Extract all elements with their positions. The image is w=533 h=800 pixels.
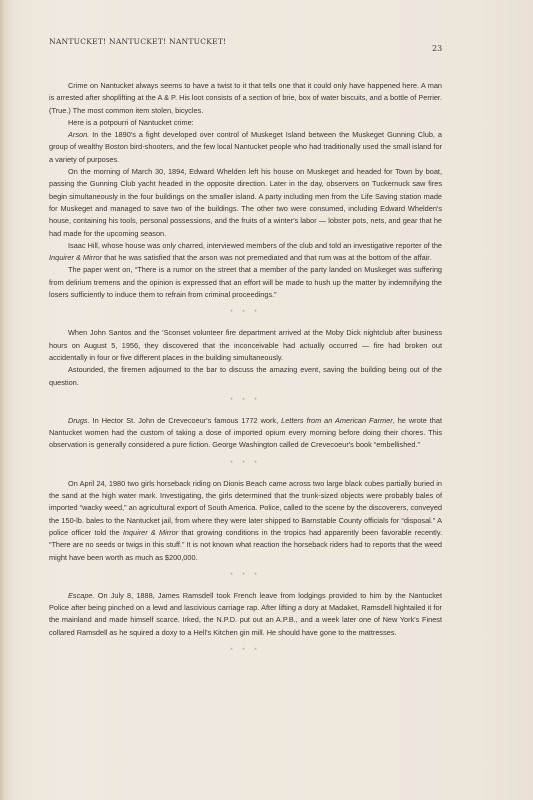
paragraph: When John Santos and the 'Sconset volunt… (49, 327, 442, 364)
section-separator: * * * (49, 566, 442, 587)
paragraph: Escape. On July 8, 1888, James Ramsdell … (49, 590, 442, 639)
paragraph: Isaac Hill, whose house was only charred… (49, 240, 442, 265)
section-separator: * * * (49, 641, 442, 662)
paragraph: Arson. In the 1890's a fight developed o… (49, 129, 442, 166)
paragraph: On April 24, 1980 two girls horseback ri… (49, 478, 442, 564)
section-escape: Escape. On July 8, 1888, James Ramsdell … (49, 590, 442, 639)
section-separator: * * * (49, 391, 442, 412)
section-separator: * * * (49, 454, 442, 475)
page-number: 23 (432, 44, 442, 53)
paragraph: On the morning of March 30, 1894, Edward… (49, 166, 442, 240)
body-text: Crime on Nantucket always seems to have … (49, 80, 442, 665)
paragraph: Here is a potpourri of Nantucket crime: (49, 117, 442, 129)
section-separator: * * * (49, 303, 442, 324)
running-head: NANTUCKET! NANTUCKET! NANTUCKET! (49, 37, 226, 46)
section-dionis-beach: On April 24, 1980 two girls horseback ri… (49, 478, 442, 564)
section-drugs: Drugs. In Hector St. John de Crevecoeur'… (49, 415, 442, 452)
paragraph: Drugs. In Hector St. John de Crevecoeur'… (49, 415, 442, 452)
book-page: NANTUCKET! NANTUCKET! NANTUCKET! 23 Crim… (0, 0, 533, 800)
paragraph: The paper went on, “There is a rumor on … (49, 264, 442, 301)
page-edge-shadow (0, 0, 6, 800)
section-crime-intro: Crime on Nantucket always seems to have … (49, 80, 442, 301)
paragraph: Crime on Nantucket always seems to have … (49, 80, 442, 117)
section-moby-dick-fire: When John Santos and the 'Sconset volunt… (49, 327, 442, 388)
paragraph: Astounded, the firemen adjourned to the … (49, 364, 442, 389)
